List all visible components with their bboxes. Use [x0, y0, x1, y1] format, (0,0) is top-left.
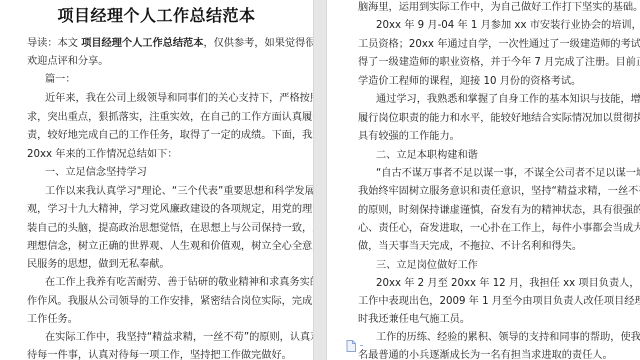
paragraph-line: 我始终牢固树立服务意识和责任意识，坚持“精益求精，一丝不苟” [358, 186, 640, 198]
paragraph-line: 20xx 年 2 月至 20xx 年 12 月，我担任 xx 项目负责人，由于在 [376, 278, 640, 290]
paragraph-line: 心、责任心，奋发进取，一心扑在工作上，每件小事都会当成大事来 [358, 223, 640, 235]
intro-line-2: 欢迎点评和分享。 [27, 56, 109, 68]
paragraph-line: 时我还兼任电气施工员。 [358, 314, 470, 326]
paragraph-line: “自古不谋万事者不足以谋一事，不谋全公司者不足以谋一域。” [376, 168, 640, 180]
paragraph-line: 通过学习，我熟悉和掌握了自身工作的基本知识与技能，增强了 [376, 94, 640, 106]
paragraph-line: 20xx 年来的工作情况总结如下： [27, 149, 178, 161]
paragraph-line: 的原则，时刻保持谦虚谨慎，奋发有为的精神状态，具有很强的事业 [358, 205, 640, 217]
paragraph-line: 作作风。我服从公司领导的工作安排，紧密结合岗位实际，完成各项 [27, 296, 313, 308]
paragraph-line: 在实际工作中，我坚持“精益求精，一丝不苟”的原则，认真对 [45, 332, 313, 344]
paragraph-line: 工作以来我认真学习"理论、“三个代表”重要思想和科学发展 [45, 186, 313, 198]
intro-line-1: 导读：本文 项目经理个人工作总结范本，仅供参考，如果觉得很不错， [27, 38, 313, 50]
paragraph-line: 待每一件事，认真对待每一项工作，坚持把工作做完做好。 [27, 350, 292, 360]
document-page-left: 项目经理个人工作总结范本 导读：本文 项目经理个人工作总结范本，仅供参考，如果觉… [0, 0, 313, 360]
paragraph-line: 责，较好地完成自己的工作任务，取得了一定的成绩。下面，我就 [27, 130, 313, 142]
paragraph-line: 履行岗位职责的能力和水平，能较好地结合实际情况加以贯彻执行， [358, 113, 640, 125]
paragraph-line: 学造价工程师的课程，迎接 10 月份的资格考试。 [358, 76, 581, 88]
paragraph-line: 脑海里，运用到实际工作中，为自己做好工作打下坚实的基础。 [358, 2, 640, 14]
paragraph-line: 具有较强的工作能力。 [358, 131, 460, 143]
section-heading: 三、立足岗位做好工作 [376, 260, 478, 272]
paragraph-line: 工员资格；20xx 年通过自学，一次性通过了一级建造师的考试，取 [358, 39, 640, 51]
paragraph-line: 观，学习十九大精神，学习党风廉政建设的各项规定，用党的理论武 [27, 204, 313, 216]
paragraph-line: 名最普通的小兵逐渐成长为一名有担当求进取的责任人。 [358, 350, 613, 360]
paragraph-line: 工作的历练、经验的累积、领导的支持和同事的帮助，使我由一 [376, 332, 640, 344]
paragraph-line: 求，突出重点，狠抓落实，注重实效，在自己的工作方面认真履行职 [27, 112, 313, 124]
paragraph-line: 做，当天事当天完成，不拖拉、不计名利和得失。 [358, 241, 582, 253]
document-title: 项目经理个人工作总结范本 [0, 3, 313, 26]
page-gutter [313, 0, 327, 360]
document-page-right: 脑海里，运用到实际工作中，为自己做好工作打下坚实的基础。 20xx 年 9 月-… [327, 0, 640, 360]
document-icon-dropdown[interactable] [360, 345, 363, 346]
paragraph-line: 民服务的思想，做到无私奉献。 [27, 259, 170, 271]
paragraph-line: 装自己的头脑，提高政治思想觉悟，在思想上与公司保持一致，坚定 [27, 223, 313, 235]
paragraph-line: 20xx 年 9 月-04 年 1 月参加 xx 市安装行业协会的培训，取得施 [376, 20, 640, 32]
paragraph-line: 在工作上我养有吃苦耐劳、善于钻研的敬业精神和求真务实的工 [45, 277, 313, 289]
paragraph-line: 篇一： [45, 74, 76, 86]
section-heading: 一、立足信念坚持学习 [45, 167, 147, 179]
paragraph-line: 工作任务。 [27, 314, 78, 326]
intro-prefix: 导读：本文 [27, 38, 81, 49]
section-heading: 二、立足本职构建和谐 [376, 150, 478, 162]
document-icon[interactable] [346, 340, 356, 352]
paragraph-line: 理想信念，树立正确的世界观、人生观和价值观，树立全心全意为人 [27, 241, 313, 253]
intro-bold-title: 项目经理个人工作总结范本 [81, 38, 203, 49]
intro-suffix: ，仅供参考，如果觉得很不错， [203, 38, 313, 49]
paragraph-line: 得了一级建造师的职业资格，并于今年 7 月完成了注册。目前正在自 [358, 57, 640, 69]
paragraph-line: 工作中表现出色，2009 年 1 月至今由项目负责人改任项目经理，同 [358, 296, 640, 308]
paragraph-line: 近年来，我在公司上级领导和同事们的关心支持下，严格按照要 [45, 93, 313, 105]
